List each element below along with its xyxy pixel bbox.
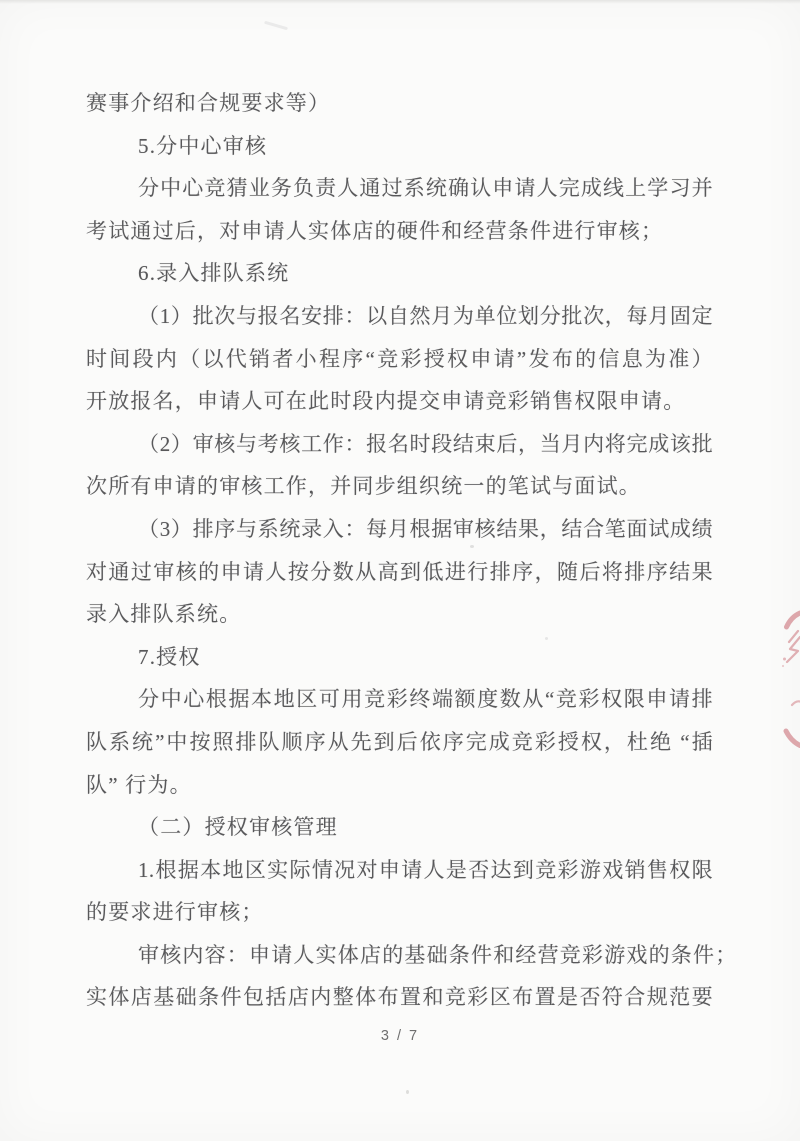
red-seal-fragment-icon: [760, 590, 800, 760]
scan-speck: [406, 1090, 409, 1094]
scan-smudge: [264, 21, 288, 30]
text-line: 审核内容：申请人实体店的基础条件和经营竞彩游戏的条件；: [86, 934, 713, 977]
scan-edge: [0, 0, 800, 4]
text-line: 的要求进行审核；: [86, 891, 713, 934]
text-line: 录入排队系统。: [86, 593, 713, 636]
text-line: （1）批次与报名安排：以自然月为单位划分批次，每月固定: [86, 295, 713, 338]
text-line: 考试通过后，对申请人实体店的硬件和经营条件进行审核；: [86, 210, 713, 253]
text-line: 次所有申请的审核工作，并同步组织统一的笔试与面试。: [86, 465, 713, 508]
text-line: 6.录入排队系统: [86, 252, 713, 295]
text-line: 赛事介绍和合规要求等）: [86, 82, 713, 125]
document-page: 赛事介绍和合规要求等）5.分中心审核分中心竞猜业务负责人通过系统确认申请人完成线…: [0, 0, 800, 1141]
text-line: 对通过审核的申请人按分数从高到低进行排序，随后将排序结果: [86, 551, 713, 594]
text-line: （二）授权审核管理: [86, 806, 713, 849]
text-line: 队” 行为。: [86, 764, 713, 807]
text-line: （2）审核与考核工作：报名时段结束后，当月内将完成该批: [86, 423, 713, 466]
scan-speck: [470, 545, 474, 548]
text-line: 分中心竞猜业务负责人通过系统确认申请人完成线上学习并: [86, 167, 713, 210]
text-line: 时间段内（以代销者小程序“竞彩授权申请”发布的信息为准）: [86, 338, 713, 381]
scanned-page: { "page": { "background": "#fbfbfa", "te…: [0, 0, 800, 1141]
text-line: （3）排序与系统录入：每月根据审核结果，结合笔面试成绩: [86, 508, 713, 551]
scan-speck: [545, 637, 548, 640]
document-body: 赛事介绍和合规要求等）5.分中心审核分中心竞猜业务负责人通过系统确认申请人完成线…: [86, 82, 713, 1019]
page-number: 3 / 7: [0, 1026, 800, 1046]
text-line: 5.分中心审核: [86, 125, 713, 168]
text-line: 开放报名，申请人可在此时段内提交申请竞彩销售权限申请。: [86, 380, 713, 423]
text-line: 实体店基础条件包括店内整体布置和竞彩区布置是否符合规范要: [86, 976, 713, 1019]
text-line: 7.授权: [86, 636, 713, 679]
text-line: 分中心根据本地区可用竞彩终端额度数从“竞彩权限申请排: [86, 678, 713, 721]
text-line: 1.根据本地区实际情况对申请人是否达到竞彩游戏销售权限: [86, 849, 713, 892]
text-line: 队系统”中按照排队顺序从先到后依序完成竞彩授权，杜绝 “插: [86, 721, 713, 764]
